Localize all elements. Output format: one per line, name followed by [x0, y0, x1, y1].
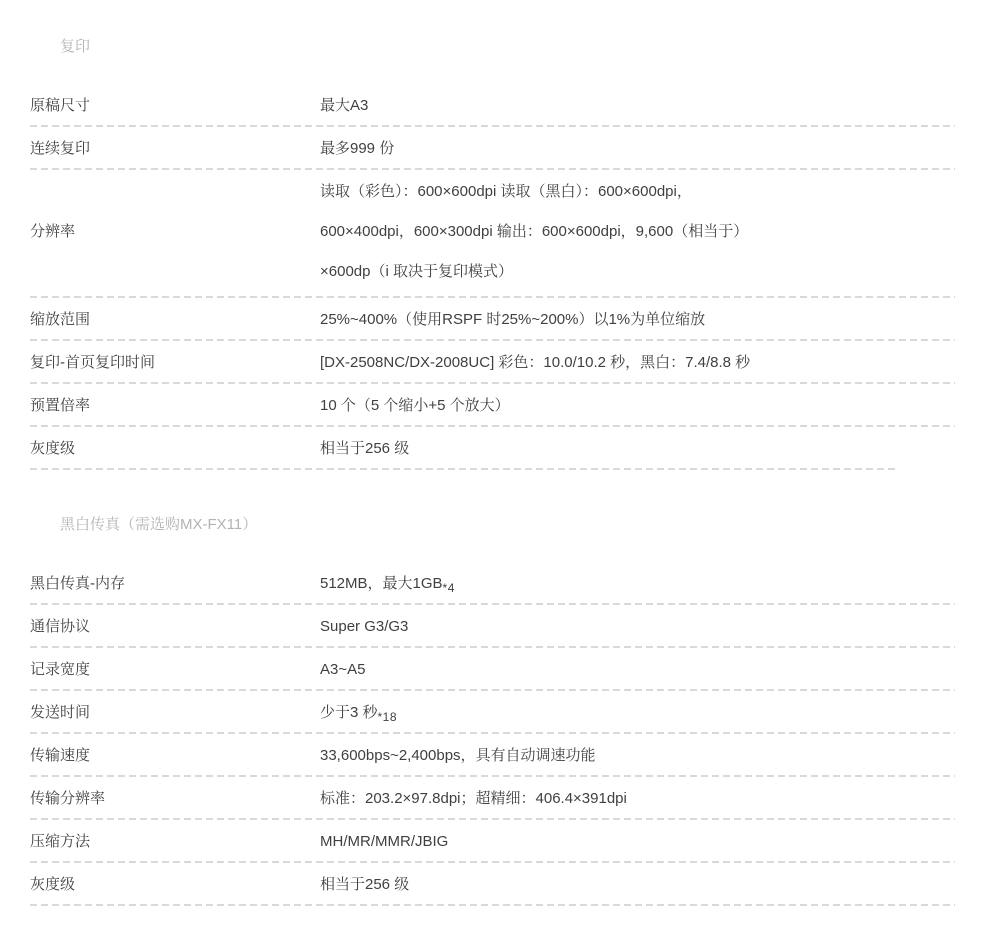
spec-value-text: 少于3 秒 — [320, 704, 378, 721]
spec-value-text: 最大A3 — [320, 97, 368, 114]
spec-value: 少于3 秒*18 — [320, 704, 955, 722]
spec-value-text: 512MB，最大1GB — [320, 575, 443, 592]
spec-label: 灰度级 — [30, 876, 320, 894]
spec-value-text: 10 个（5 个缩小+5 个放大） — [320, 397, 510, 414]
spec-value-line: 读取（彩色）：600×600dpi 读取（黑白）：600×600dpi， — [320, 172, 955, 212]
spec-document: { "colors": { "background": "#ffffff", "… — [0, 0, 990, 947]
footnote-marker: *4 — [443, 581, 455, 595]
spec-label: 发送时间 — [30, 704, 320, 722]
spec-label: 通信协议 — [30, 618, 320, 636]
spec-value-line: 600×400dpi，600×300dpi 输出：600×600dpi，9,60… — [320, 212, 955, 252]
spec-value-text: 33,600bps~2,400bps，具有自动调速功能 — [320, 747, 596, 764]
spec-value: 33,600bps~2,400bps，具有自动调速功能 — [320, 747, 955, 765]
spec-value: 10 个（5 个缩小+5 个放大） — [320, 397, 955, 415]
footnote-marker: *18 — [378, 710, 398, 724]
spec-label: 分辨率 — [30, 223, 320, 241]
spec-value-text: MH/MR/MMR/JBIG — [320, 833, 448, 850]
spec-value-text: 最多999 份 — [320, 140, 394, 157]
spec-value: 相当于256 级 — [320, 876, 955, 894]
spec-value: 25%~400%（使用RSPF 时25%~200%）以1%为单位缩放 — [320, 311, 955, 329]
spec-value-text: A3~A5 — [320, 661, 365, 678]
spec-value-text: 25%~400%（使用RSPF 时25%~200%）以1%为单位缩放 — [320, 311, 705, 328]
spec-row: 记录宽度 A3~A5 — [30, 648, 955, 691]
section-title: 复印 — [60, 38, 955, 56]
spec-value: 最多999 份 — [320, 140, 955, 158]
spec-row: 复印-首页复印时间 [DX-2508NC/DX-2008UC] 彩色：10.0/… — [30, 341, 955, 384]
spec-value-line: ×600dp（i 取决于复印模式） — [320, 252, 955, 292]
spec-value-text: 相当于256 级 — [320, 876, 409, 893]
spec-label: 预置倍率 — [30, 397, 320, 415]
spec-value-text: Super G3/G3 — [320, 618, 408, 635]
spec-label: 缩放范围 — [30, 311, 320, 329]
spec-row: 分辨率 读取（彩色）：600×600dpi 读取（黑白）：600×600dpi，… — [30, 170, 955, 298]
spec-rows: 原稿尺寸 最大A3 连续复印 最多999 份 分辨率 读取（彩色）：600×60… — [30, 84, 955, 470]
spec-value: 最大A3 — [320, 97, 955, 115]
spec-row: 发送时间 少于3 秒*18 — [30, 691, 955, 734]
spec-rows: 黑白传真-内存 512MB，最大1GB*4 通信协议 Super G3/G3 记… — [30, 562, 955, 906]
spec-row: 连续复印 最多999 份 — [30, 127, 955, 170]
spec-label: 灰度级 — [30, 440, 320, 458]
spec-label: 连续复印 — [30, 140, 320, 158]
spec-row: 缩放范围 25%~400%（使用RSPF 时25%~200%）以1%为单位缩放 — [30, 298, 955, 341]
spec-section: 黑白传真（需选购MX-FX11） 黑白传真-内存 512MB，最大1GB*4 通… — [30, 516, 955, 906]
spec-label: 原稿尺寸 — [30, 97, 320, 115]
spec-label: 黑白传真-内存 — [30, 575, 320, 593]
product-spec-page: 复印 原稿尺寸 最大A3 连续复印 最多999 份 分辨率 读取（彩色）：600… — [0, 0, 990, 906]
spec-value-text: 相当于256 级 — [320, 440, 409, 457]
spec-value: Super G3/G3 — [320, 618, 955, 636]
spec-label: 传输速度 — [30, 747, 320, 765]
spec-value: MH/MR/MMR/JBIG — [320, 833, 955, 851]
spec-row: 压缩方法 MH/MR/MMR/JBIG — [30, 820, 955, 863]
spec-value-text: 标准：203.2×97.8dpi；超精细：406.4×391dpi — [320, 790, 627, 807]
spec-label: 传输分辨率 — [30, 790, 320, 808]
spec-row: 灰度级 相当于256 级 — [30, 427, 955, 470]
spec-label: 复印-首页复印时间 — [30, 354, 320, 372]
spec-value: [DX-2508NC/DX-2008UC] 彩色：10.0/10.2 秒，黑白：… — [320, 354, 955, 372]
spec-value-text: [DX-2508NC/DX-2008UC] 彩色：10.0/10.2 秒，黑白：… — [320, 354, 750, 371]
spec-row: 预置倍率 10 个（5 个缩小+5 个放大） — [30, 384, 955, 427]
spec-value: 相当于256 级 — [320, 440, 955, 458]
spec-row: 灰度级 相当于256 级 — [30, 863, 955, 906]
spec-row: 传输分辨率 标准：203.2×97.8dpi；超精细：406.4×391dpi — [30, 777, 955, 820]
spec-row: 黑白传真-内存 512MB，最大1GB*4 — [30, 562, 955, 605]
spec-value: 读取（彩色）：600×600dpi 读取（黑白）：600×600dpi，600×… — [320, 172, 955, 292]
spec-label: 压缩方法 — [30, 833, 320, 851]
section-title: 黑白传真（需选购MX-FX11） — [60, 516, 955, 534]
spec-row: 原稿尺寸 最大A3 — [30, 84, 955, 127]
spec-value: 标准：203.2×97.8dpi；超精细：406.4×391dpi — [320, 790, 955, 808]
spec-value: A3~A5 — [320, 661, 955, 679]
spec-value: 512MB，最大1GB*4 — [320, 575, 955, 593]
spec-row: 传输速度 33,600bps~2,400bps，具有自动调速功能 — [30, 734, 955, 777]
spec-label: 记录宽度 — [30, 661, 320, 679]
spec-row: 通信协议 Super G3/G3 — [30, 605, 955, 648]
spec-section: 复印 原稿尺寸 最大A3 连续复印 最多999 份 分辨率 读取（彩色）：600… — [30, 38, 955, 470]
